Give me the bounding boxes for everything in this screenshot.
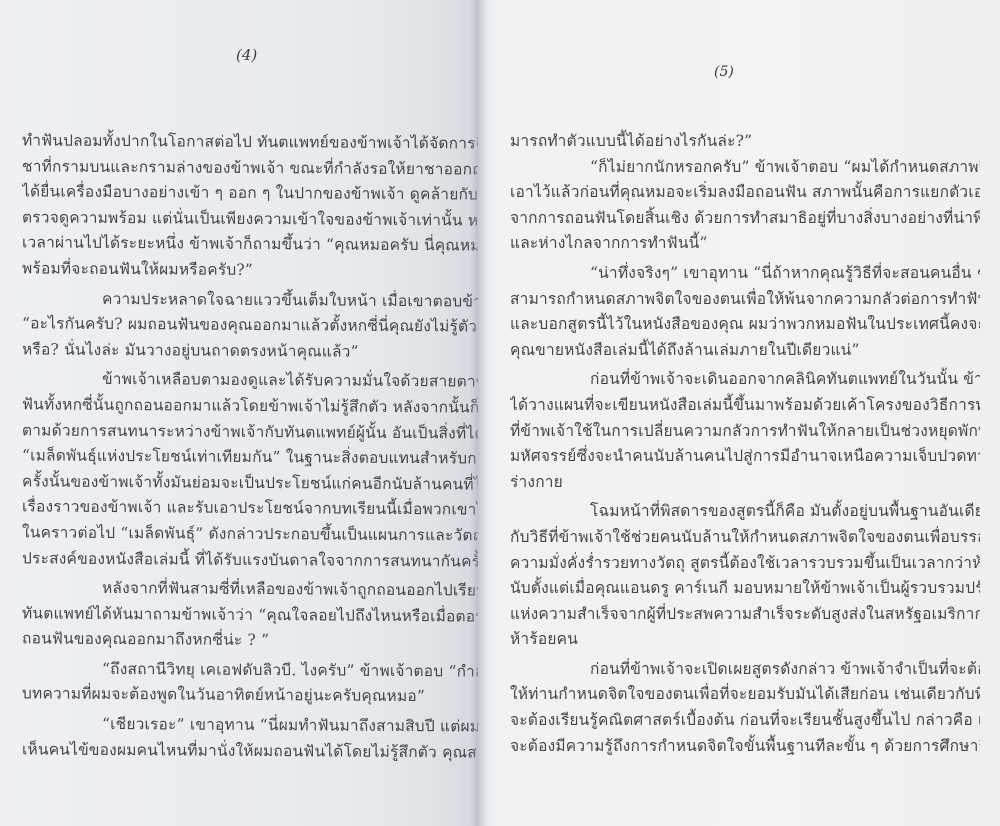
text-line: แห่งความสำเร็จจากผู้ที่ประสพความสำเร็จระ… xyxy=(510,602,980,628)
text-line: หรือ? นั่นไงล่ะ มันวางอยู่บนถาดตรงหน้าคุ… xyxy=(22,337,478,366)
text-line: มหัศจรรย์ซึ่งจะนำคนนับล้านคนไปสู่การมีอำ… xyxy=(510,444,980,470)
text-line: และห่างไกลจากการทำฟันนี้” xyxy=(510,231,980,257)
text-line: โฉมหน้าที่พิสดารของสูตรนี้ก็คือ มันตั้งอ… xyxy=(510,499,980,525)
text-line: ข้าพเจ้าเหลือบตามองดูและได้รับความมั่นใจ… xyxy=(22,367,478,396)
text-line: คุณขายหนังสือเล่มนี้ได้ถึงล้านเล่มภายในป… xyxy=(510,338,980,364)
text-line: ที่ข้าพเจ้าใช้ในการเปลี่ยนความกลัวการทำฟ… xyxy=(510,419,980,445)
text-line: “ถึงสถานีวิทยุ เคเอฟดับลิวบี. ไงครับ” ข้… xyxy=(22,656,478,685)
text-line: ให้ท่านกำหนดจิตใจของตนเพื่อที่จะยอมรับมั… xyxy=(510,682,980,708)
text-line: ครั้งนั้นของข้าพเจ้าทั้งมันย่อมจะเป็นประ… xyxy=(22,469,478,498)
text-line: หลังจากที่ฟันสามซี่ที่เหลือของข้าพเจ้าถู… xyxy=(22,575,478,604)
text-line: บทความที่ผมจะต้องพูดในวันอาทิตย์หน้าอยู่… xyxy=(22,682,478,711)
text-line: ได้วางแผนที่จะเขียนหนังสือเล่มนี้ขึ้นมาพ… xyxy=(510,393,980,419)
text-line: ก่อนที่ข้าพเจ้าจะเปิดเผยสูตรดังกล่าว ข้า… xyxy=(510,657,980,683)
text-line: ถอนฟันของคุณออกมาถึงหกซี่น่ะ ? ” xyxy=(22,627,478,656)
text-line: นับตั้งแต่เมื่อคุณแอนดรู คาร์เนกี มอบหมา… xyxy=(510,576,980,602)
text-line: ร่างกาย xyxy=(510,470,980,496)
text-line: “อะไรกันครับ? ผมถอนฟันของคุณออกมาแล้วตั้… xyxy=(22,312,478,341)
text-line: จากการถอนฟันโดยสิ้นเชิง ด้วยการทำสมาธิอย… xyxy=(510,206,980,232)
page-number-left: (4) xyxy=(236,46,257,64)
text-line: “เมล็ดพันธุ์แห่งประโยชน์เท่าเทียมกัน” ใน… xyxy=(22,443,478,472)
text-line: ตามด้วยการสนทนาระหว่างข้าพเจ้ากับทันตแพท… xyxy=(22,418,478,447)
text-line: จะต้องมีความรู้ถึงการกำหนดจิตใจขั้นพื้นฐ… xyxy=(510,734,980,760)
text-line: ได้ยื่นเครื่องมือบางอย่างเข้า ๆ ออก ๆ ใน… xyxy=(22,180,478,209)
text-line: ฟันทั้งหกซี่นั้นถูกถอนออกมาแล้วโดยข้าพเจ… xyxy=(22,392,478,421)
text-line: พร้อมที่จะถอนฟันให้ผมหรือครับ?” xyxy=(22,256,478,285)
right-page-body: มารถทำตัวแบบนี้ได้อย่างไรกันล่ะ?” “ก็ไม่… xyxy=(510,129,980,759)
text-line: เวลาผ่านไปได้ระยะหนึ่ง ข้าพเจ้าก็ถามขึ้น… xyxy=(22,231,478,260)
text-line: ตรวจดูความพร้อม แต่นั่นเป็นเพียงความเข้า… xyxy=(22,205,478,234)
text-line: ชาที่กรามบนและกรามล่างของข้าพเจ้า ขณะที่… xyxy=(22,154,478,183)
text-line: ทันตแพทย์ได้หันมาถามข้าพเจ้าว่า “คุณใจลอ… xyxy=(22,601,478,630)
text-line: ห้าร้อยคน xyxy=(510,627,980,653)
text-line: สามารถกำหนดสภาพจิตใจของตนเพื่อให้พ้นจากค… xyxy=(510,287,980,313)
text-line: ประสงค์ของหนังสือเล่มนี้ ที่ได้รับแรงบัน… xyxy=(22,546,478,575)
text-line: เห็นคนไข้ของผมคนไหนที่มานั่งให้ผมถอนฟันไ… xyxy=(22,737,478,766)
text-line: ความมั่งคั่งร่ำรวยทางวัตถุ สูตรนี้ต้องใช… xyxy=(510,551,980,577)
text-line: มารถทำตัวแบบนี้ได้อย่างไรกันล่ะ?” xyxy=(510,129,980,155)
text-line: เอาไว้แล้วก่อนที่คุณหมอจะเริ่มลงมือถอนฟั… xyxy=(510,180,980,206)
text-line: ในคราวต่อไป “เมล็ดพันธุ์” ดังกล่าวประกอบ… xyxy=(22,520,478,549)
left-page-body: ทำฟันปลอมทั้งปากในโอกาสต่อไป ทันตแพทย์ขอ… xyxy=(22,130,478,764)
text-line: เรื่องราวของข้าพเจ้า และรับเอาประโยชน์จา… xyxy=(22,495,478,524)
text-line: ทำฟันปลอมทั้งปากในโอกาสต่อไป ทันตแพทย์ขอ… xyxy=(22,128,478,157)
text-line: “น่าทึ่งจริงๆ” เขาอุทาน “นี่ถ้าหากคุณรู้… xyxy=(510,261,980,287)
text-line: “เชียวเรอะ” เขาอุทาน “นี่ผมทำฟันมาถึงสาม… xyxy=(22,711,478,740)
right-page: (5) มารถทำตัวแบบนี้ได้อย่างไรกันล่ะ?” “ก… xyxy=(478,0,1000,826)
text-line: จะต้องเรียนรู้คณิตศาสตร์เบื้องต้น ก่อนที… xyxy=(510,708,980,734)
text-line: และบอกสูตรนี้ไว้ในหนังสือของคุณ ผมว่าพวก… xyxy=(510,312,980,338)
text-line: ความประหลาดใจฉายแววขึ้นเต็มใบหน้า เมื่อเ… xyxy=(22,286,478,315)
book-gutter xyxy=(470,0,486,826)
open-book-spread: (4) ทำฟันปลอมทั้งปากในโอกาสต่อไป ทันตแพท… xyxy=(0,0,1000,826)
page-number-right: (5) xyxy=(714,64,734,80)
text-line: กับวิธีที่ข้าพเจ้าใช้ช่วยคนนับล้านให้กำห… xyxy=(510,525,980,551)
text-line: ก่อนที่ข้าพเจ้าจะเดินออกจากคลินิคทันตแพท… xyxy=(510,367,980,393)
text-line: “ก็ไม่ยากนักหรอกครับ” ข้าพเจ้าตอบ “ผมได้… xyxy=(510,155,980,181)
left-page: (4) ทำฟันปลอมทั้งปากในโอกาสต่อไป ทันตแพท… xyxy=(0,0,478,826)
